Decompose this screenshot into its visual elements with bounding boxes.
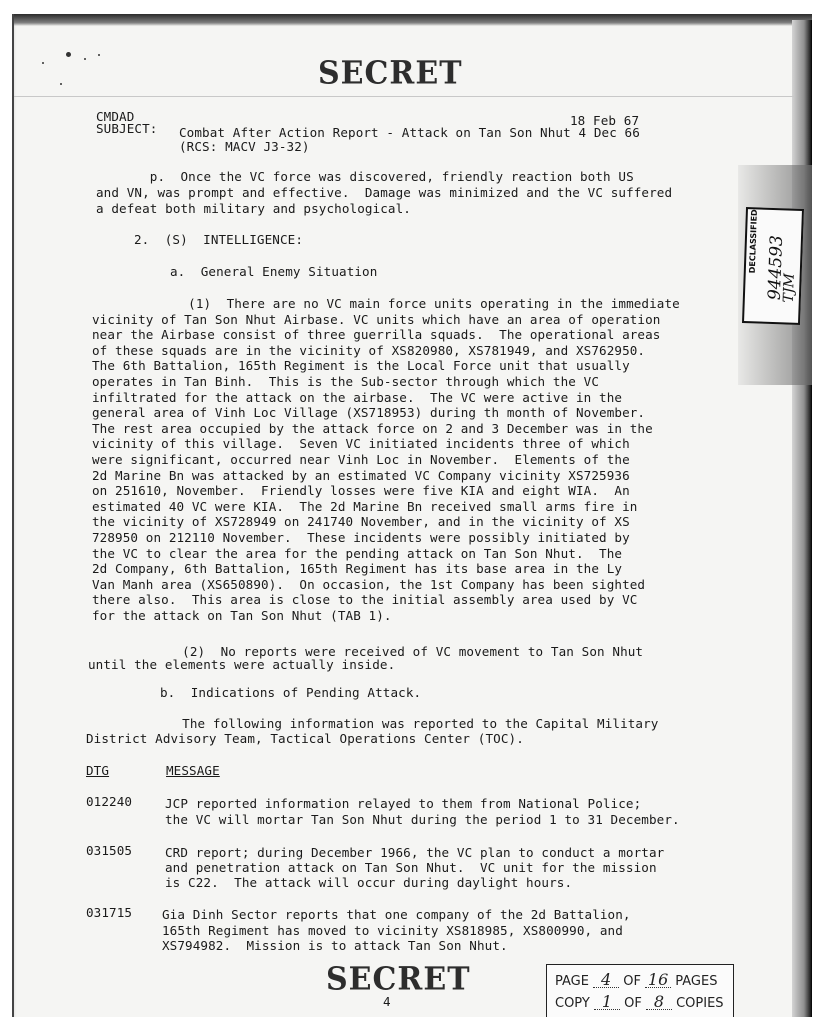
para-a1-line: (1) There are no VC main force units ope…	[96, 297, 680, 311]
table-row-message: JCP reported information relayed to them…	[165, 797, 641, 811]
subsection-heading-b: b. Indications of Pending Attack.	[160, 686, 421, 700]
table-row-message: Gia Dinh Sector reports that one company…	[162, 908, 631, 922]
subject-label: SUBJECT:	[96, 122, 157, 136]
speckle	[98, 54, 100, 56]
page-count-box: PAGE 4 OF 16 PAGES COPY 1 OF 8 COPIES	[546, 964, 734, 1017]
table-row-dtg: 012240	[86, 795, 132, 809]
para-a1-line: general area of Vinh Loc Village (XS7189…	[92, 406, 645, 420]
para-a1-line: were significant, occurred near Vinh Loc…	[92, 453, 630, 467]
para-p-line: p. Once the VC force was discovered, fri…	[96, 170, 634, 184]
copy-label: COPY	[555, 996, 590, 1011]
para-a1-line: for the attack on Tan Son Nhut (TAB 1).	[92, 609, 392, 623]
subject-line-1: Combat After Action Report - Attack on T…	[179, 126, 640, 140]
table-row-message: CRD report; during December 1966, the VC…	[165, 846, 664, 860]
page-number: 4	[383, 995, 391, 1009]
para-a1-line: vicinity of Tan Son Nhut Airbase. VC uni…	[92, 313, 660, 327]
declassified-stamp: DECLASSIFIED 944593 TJM	[742, 207, 804, 325]
copy-of-label: OF	[624, 996, 642, 1011]
para-b-line: District Advisory Team, Tactical Operati…	[86, 732, 524, 746]
para-a1-line: infiltrated for the attack on the airbas…	[92, 391, 622, 405]
speckle	[60, 83, 62, 85]
speckle	[66, 52, 71, 57]
table-row-dtg: 031505	[86, 844, 132, 858]
para-a1-line: near the Airbase consist of three guerri…	[92, 328, 660, 342]
para-a1-line: 2d Marine Bn was attacked by an estimate…	[92, 469, 630, 483]
para-a1-line: of these squads are in the vicinity of X…	[92, 344, 645, 358]
para-b-line: The following information was reported t…	[90, 717, 658, 731]
page-label: PAGE	[555, 974, 589, 989]
para-p-line: a defeat both military and psychological…	[96, 202, 411, 216]
para-a1-line: there also. This area is close to the in…	[92, 593, 637, 607]
speckle	[42, 62, 44, 64]
para-a1-line: Van Manh area (XS650890). On occasion, t…	[92, 578, 645, 592]
stamp-initials: TJM	[781, 273, 798, 303]
para-a1-line: 2d Company, 6th Battalion, 165th Regimen…	[92, 562, 622, 576]
para-a1-line: estimated 40 VC were KIA. The 2d Marine …	[92, 500, 637, 514]
subject-line-2: (RCS: MACV J3-32)	[179, 140, 310, 154]
para-a1-line: The rest area occupied by the attack for…	[92, 422, 653, 436]
table-row-message: 165th Regiment has moved to vicinity XS8…	[162, 924, 623, 938]
para-a1-line: the VC to clear the area for the pending…	[92, 547, 622, 561]
para-a2-line: until the elements were actually inside.	[88, 658, 395, 672]
page-value: 4	[593, 973, 619, 988]
table-header-dtg: DTG	[86, 764, 109, 778]
header-rule	[14, 96, 794, 97]
stamp-label: DECLASSIFIED	[748, 209, 759, 273]
para-a1-line: vicinity of this village. Seven VC initi…	[92, 437, 630, 451]
para-a1-line: the vicinity of XS728949 on 241740 Novem…	[92, 515, 630, 529]
classification-bottom: SECRET	[326, 961, 471, 998]
para-a1-line: 728950 on 212110 November. These inciden…	[92, 531, 630, 545]
copy-value: 1	[594, 995, 620, 1010]
table-row-message: and penetration attack on Tan Son Nhut. …	[165, 861, 657, 875]
copy-total: 8	[646, 995, 672, 1010]
page-of-label: OF	[623, 974, 641, 989]
subsection-heading-a: a. General Enemy Situation	[170, 265, 377, 279]
pages-label: PAGES	[675, 974, 717, 989]
table-row-message: is C22. The attack will occur during day…	[165, 876, 572, 890]
table-row-message: XS794982. Mission is to attack Tan Son N…	[162, 939, 508, 953]
copies-label: COPIES	[676, 996, 723, 1011]
page-total: 16	[645, 973, 671, 988]
section-heading: 2. (S) INTELLIGENCE:	[134, 233, 303, 247]
table-row-message: the VC will mortar Tan Son Nhut during t…	[165, 813, 680, 827]
classification-top: SECRET	[318, 55, 463, 92]
table-row-dtg: 031715	[86, 906, 132, 920]
table-header-message: MESSAGE	[166, 764, 220, 778]
para-a1-line: on 251610, November. Friendly losses wer…	[92, 484, 630, 498]
para-a1-line: The 6th Battalion, 165th Regiment is the…	[92, 359, 630, 373]
speckle	[84, 58, 86, 60]
para-a1-line: operates in Tan Binh. This is the Sub-se…	[92, 375, 599, 389]
para-p-line: and VN, was prompt and effective. Damage…	[96, 186, 672, 200]
